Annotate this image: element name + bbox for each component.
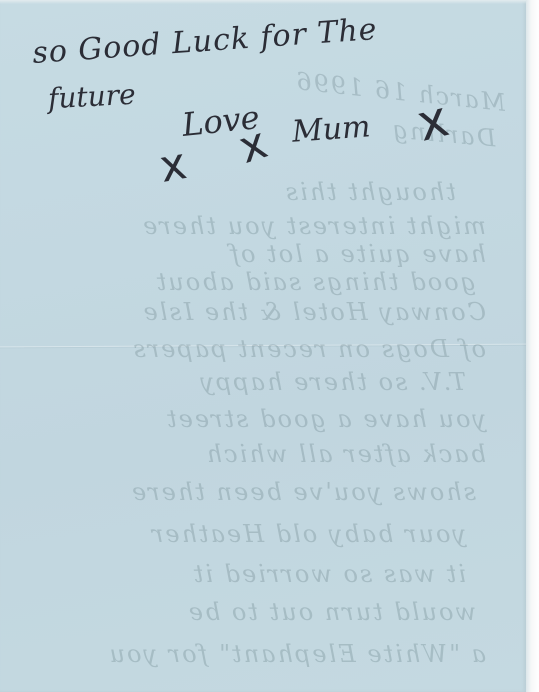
bleed-line: would turn out to be (187, 598, 476, 626)
bleed-line: shows you've been there (130, 478, 476, 506)
bleed-line: it was so worried it (192, 560, 466, 588)
bleed-line: Conway Hotel & the Isle (142, 298, 486, 326)
kiss-mark: x (156, 138, 191, 193)
paper-top-edge (0, 0, 526, 4)
bleed-line: T.V. so there happy (198, 368, 466, 396)
bleed-line: a "White Elephant" for you (108, 640, 486, 668)
bleed-line: your baby old Heather (150, 520, 466, 548)
paper-fold-line (0, 344, 526, 348)
kiss-mark: x (411, 89, 454, 152)
handwritten-line-future: future (47, 78, 136, 116)
bleed-line: thought this (284, 178, 456, 206)
bleed-line: have quite a lot of (228, 240, 486, 268)
bleed-line: you have a good street (165, 405, 486, 433)
handwritten-signature-mum: Mum (291, 109, 372, 149)
bleed-line: March 16 1996 (293, 67, 507, 117)
handwritten-line-good-luck: so Good Luck for The (31, 12, 378, 71)
letter-paper: March 16 1996 Darling thought this might… (0, 0, 526, 692)
bleed-line: back after all which (205, 440, 486, 468)
kiss-mark: x (233, 117, 274, 174)
bleed-line: good things said about (155, 268, 476, 296)
scan-white-margin (526, 0, 539, 692)
bleed-line: of Dogs on recent papers (131, 335, 486, 363)
bleed-line: might interest you there (141, 212, 486, 240)
